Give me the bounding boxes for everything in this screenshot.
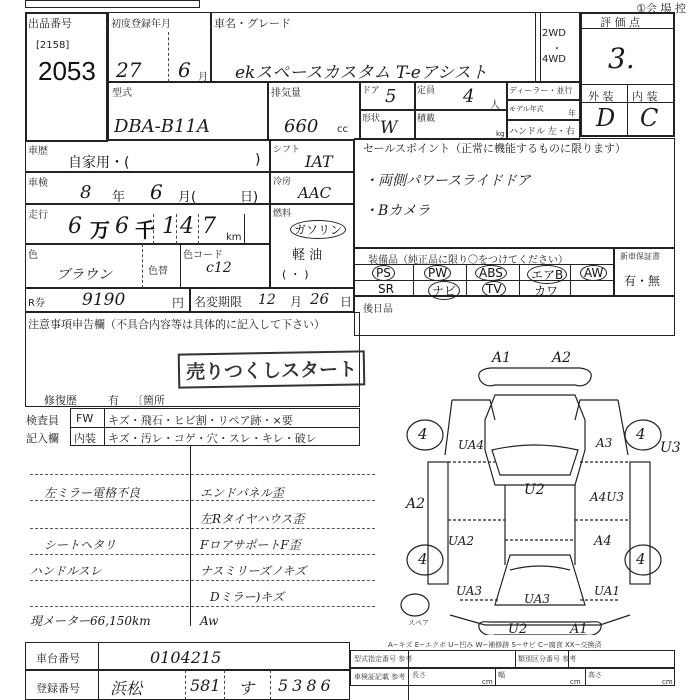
damage-mark: A2 [552, 350, 571, 366]
mileage-man-unit: 万 [90, 214, 110, 243]
notes-label: 注意事項申告欄（不具合内容等は具体的に記入して下さい） [28, 316, 325, 332]
warranty-label: 新車保証書 [620, 251, 660, 262]
sales-points-label: セールスポイント（正常に機能するものに限ります） [363, 140, 626, 156]
damage-mark: A1 [570, 622, 588, 637]
registration-class: 581 [190, 676, 221, 695]
recycle-value: 9190 [82, 290, 125, 310]
damage-legend: A−キズ E−エクボ U−凹み W−補修跡 S−サビ C−腐食 XX−交換済 [388, 640, 601, 650]
fuel-diesel: 軽 油 [292, 244, 322, 263]
equipment-sr: SR [378, 282, 394, 296]
equipment-ps-label: PS [372, 265, 395, 281]
capacity-unit: 人 [490, 96, 500, 111]
warranty-value: 有・無 [624, 272, 660, 289]
capacity-label: 定員 [417, 83, 435, 96]
equipment-aw: AW [580, 265, 607, 281]
divider [515, 650, 516, 668]
sales-point-item: ・両側パワースライドドア [364, 170, 530, 190]
damage-mark: UA1 [594, 584, 620, 598]
inspection-cell [25, 172, 270, 204]
divider [30, 528, 375, 529]
divider [168, 32, 169, 82]
divider [568, 650, 569, 668]
fuel-other: ( ・ ) [282, 266, 309, 282]
damage-mark: UA3 [456, 584, 482, 598]
remark-right: エンドパネル歪 [200, 484, 284, 501]
drive-sep: ・ [552, 40, 562, 55]
width-label: 幅 [498, 670, 505, 680]
sales-point-item: ・Bカメラ [364, 200, 430, 220]
divider [180, 244, 181, 288]
divider [585, 668, 586, 686]
divider [190, 446, 191, 626]
aircon-value: AAC [298, 184, 331, 202]
remark-right: FロアサポートF歪 [200, 536, 301, 553]
damage-mark: UA2 [448, 534, 474, 548]
mileage-man: 6 [68, 214, 82, 239]
divider [519, 264, 520, 296]
recycle-label: R券 [28, 294, 45, 309]
aircon-label: 冷房 [273, 174, 291, 187]
usage-cell [25, 140, 270, 172]
registration-region: 浜松 [110, 676, 142, 699]
divider [570, 264, 571, 296]
chassis-value: 0104215 [150, 648, 221, 667]
damage-mark: A4 [594, 534, 612, 549]
interior-items: キズ・汚レ・コゲ・穴・スレ・キレ・破レ [108, 430, 317, 446]
divider [495, 668, 496, 686]
name-change-label: 名変期限 [194, 293, 242, 310]
doors-value: 5 [385, 86, 396, 107]
divider [30, 606, 375, 607]
mileage-unit: km [226, 232, 242, 243]
displacement-label: 排気量 [271, 84, 301, 99]
fw-label: FW [76, 412, 93, 425]
length-label: 長さ [412, 670, 426, 680]
equipment-ps: PS [372, 265, 395, 281]
inspection-day-unit: 日) [240, 186, 258, 205]
damage-mark: UA3 [524, 592, 550, 606]
remark-left: ハンドルスレ [30, 562, 102, 579]
equipment-tv-label: TV [482, 281, 506, 297]
model-year-label: モデル年式 [509, 104, 544, 114]
lot-sub-number: [2158] [36, 40, 69, 51]
name-change-day-unit: 日 [340, 293, 352, 310]
fuel-label: 燃料 [273, 206, 291, 219]
divider [224, 670, 225, 700]
tire-mark: 4 [636, 550, 646, 568]
car-name-label: 車名・グレード [214, 15, 291, 31]
usage-value: 自家用・( [68, 152, 129, 172]
shift-label: シフト [273, 142, 300, 155]
color-change-label: 色替 [148, 262, 168, 277]
later-items-cell [354, 296, 675, 336]
color-code-value: c12 [206, 260, 232, 276]
mileage-sen-unit: 千 [135, 214, 155, 243]
divider [627, 84, 628, 136]
usage-close: ) [255, 152, 260, 168]
height-label: 高さ [588, 670, 602, 680]
mileage-sen: 6 [115, 214, 129, 239]
type-designation-label: 型式指定番号 参考 [354, 654, 412, 664]
inspection-label: 車検 [28, 174, 48, 189]
fw-items: キズ・飛石・ヒビ割・リペア跡・×要 [108, 412, 293, 428]
name-change-day: 26 [310, 290, 329, 308]
equipment-aw-label: AW [580, 265, 607, 281]
damage-mark: U2 [508, 622, 527, 637]
equipment-pw-label: PW [424, 265, 451, 281]
divider [153, 214, 154, 244]
usage-label: 車歴 [28, 142, 48, 157]
equipment-abs-label: ABS [475, 265, 507, 281]
remark-right: Aw [200, 614, 218, 628]
repair-value: 有 [108, 392, 119, 408]
damage-mark: A2 [406, 496, 425, 512]
damage-mark: A3 [596, 436, 612, 450]
spare-label: スペア [408, 618, 429, 628]
length-unit: cm [482, 678, 493, 686]
equipment-tv: TV [482, 281, 506, 297]
tire-mark: 4 [636, 425, 646, 443]
registration-number: 5386 [278, 676, 335, 695]
divider [30, 580, 375, 581]
shape-label: 形状 [362, 111, 380, 124]
inspection-year: 8 [80, 182, 91, 203]
damage-mark: U3 [660, 440, 681, 456]
height-unit: cm [662, 678, 673, 686]
handle-label: ハンドル 左・右 [509, 124, 575, 137]
drive-4wd: 4WD [542, 54, 566, 65]
capacity-value: 4 [463, 86, 474, 107]
remark-left: 左ミラー電格不良 [44, 484, 140, 501]
divider [582, 28, 673, 29]
damage-mark: UA4 [458, 438, 484, 452]
header-stamp-strip [25, 0, 200, 8]
divider [30, 474, 375, 475]
divider [244, 214, 245, 244]
interior-row-label: 内装 [74, 430, 96, 446]
inspector-label-2: 記入欄 [26, 430, 59, 446]
divider [582, 102, 673, 103]
divider [104, 408, 105, 446]
divider [466, 264, 467, 296]
color-label: 色 [28, 246, 38, 261]
car-name-value: ekスペースカスタム T-eアシスト [235, 58, 488, 83]
inspector-label-1: 検査員 [26, 412, 59, 428]
displacement-unit: cc [337, 124, 348, 135]
displacement-value: 660 [284, 116, 318, 137]
damage-mark: A4U3 [590, 490, 624, 504]
drive-2wd: 2WD [542, 28, 566, 39]
fuel-gasoline: ガソリン [290, 220, 346, 239]
exterior-value: D [596, 104, 615, 132]
name-change-month: 12 [258, 292, 276, 308]
lot-label: 出品番号 [28, 15, 72, 31]
damage-mark: A1 [492, 350, 511, 366]
remark-right: 左Rタイヤハウス歪 [200, 510, 304, 527]
tire-mark: 4 [418, 550, 428, 568]
divider [270, 670, 271, 700]
chassis-label: 車台番号 [36, 650, 80, 666]
inspection-year-unit: 年 [112, 186, 125, 205]
load-unit: kg [496, 130, 505, 138]
mileage-digit-3: 7 [202, 214, 216, 239]
later-items-label: 後日品 [363, 300, 393, 315]
model-label: 型式 [112, 84, 132, 99]
model-year-unit: 年 [568, 108, 576, 119]
month-unit: 月 [198, 68, 208, 83]
divider [30, 554, 375, 555]
registration-kana: す [238, 676, 254, 699]
remark-left: シートヘタリ [44, 536, 116, 553]
fuel-gasoline-circled: ガソリン [290, 220, 346, 239]
color-value: ブラウン [56, 264, 112, 284]
width-unit: cm [570, 678, 581, 686]
dimension-label: 車検証記載 参考 [354, 672, 405, 682]
name-change-month-unit: 月 [290, 293, 302, 310]
divider [413, 264, 414, 296]
repair-place: 〔箇所 [132, 392, 165, 408]
divider [198, 214, 199, 244]
equipment-abs: ABS [475, 265, 507, 281]
doors-label: ドア [362, 83, 380, 96]
equipment-pw: PW [424, 265, 451, 281]
model-value: DBA-B11A [114, 116, 210, 137]
registration-label: 登録番号 [36, 680, 80, 696]
shift-value: IAT [305, 152, 333, 171]
first-registration-year: 27 [116, 58, 141, 82]
shape-value: W [380, 118, 397, 138]
recycle-unit: 円 [172, 294, 184, 311]
repair-label: 修復歴 [44, 392, 77, 408]
first-registration-label: 初度登録年月 [111, 15, 171, 30]
lot-number: 2053 [38, 56, 96, 87]
score-value: 3. [608, 42, 635, 75]
first-registration-month: 6 [178, 58, 191, 82]
divider [176, 214, 177, 244]
mileage-label: 走行 [28, 206, 48, 221]
sale-stamp: 売りつくしスタート [178, 350, 366, 388]
mileage-digit-1: 1 [162, 214, 176, 239]
interior-value: C [640, 104, 658, 132]
color-code-label: 色コード [183, 246, 223, 261]
inspection-month: 6 [150, 180, 163, 204]
mileage-digit-2: 4 [180, 214, 194, 239]
damage-mark: U2 [524, 482, 545, 498]
load-label: 積載 [417, 111, 435, 124]
remark-right: ナスミリーズノキズ [200, 562, 306, 579]
inspection-month-unit: 月( [178, 186, 196, 205]
remark-right: Dミラー)キズ [210, 588, 284, 605]
dealer-label: ディーラー・並行 [509, 85, 572, 96]
divider [142, 244, 143, 288]
tire-mark: 4 [418, 425, 428, 443]
remark-left: 現メーター66,150km [30, 612, 151, 629]
divider [185, 670, 186, 700]
